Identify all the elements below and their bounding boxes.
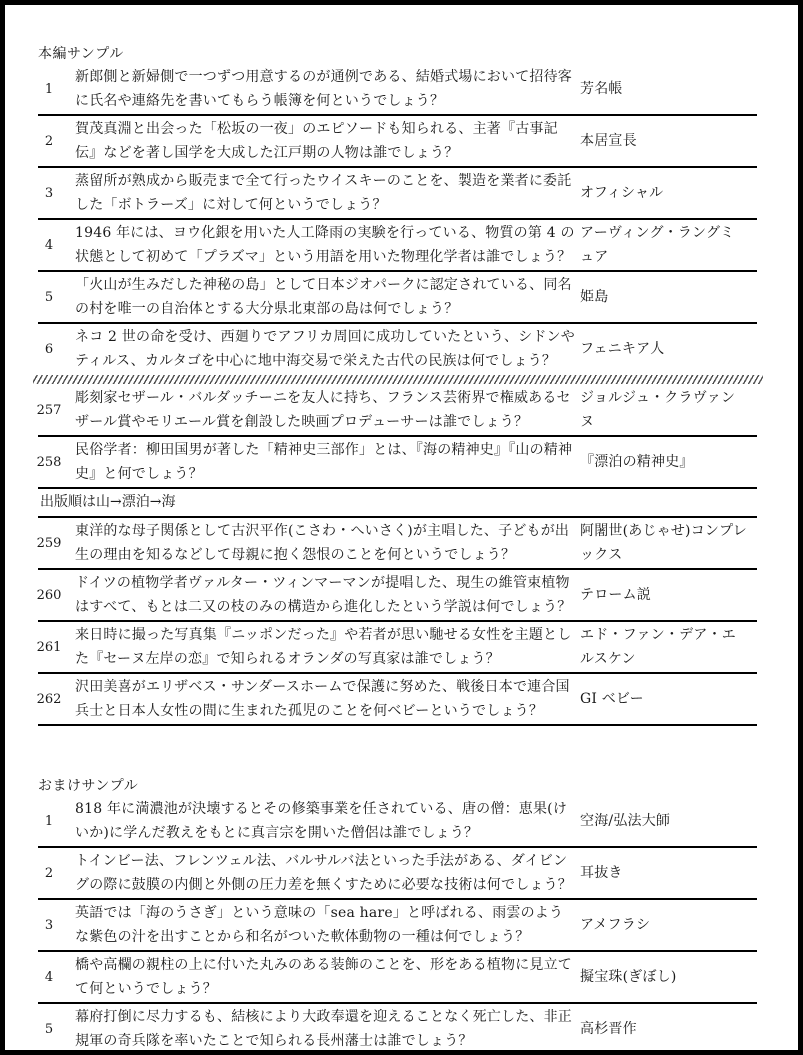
answer-text: 芳名帳 [578, 64, 757, 114]
bonus-quiz-table: 1 818 年に満濃池が決壊するとその修築事業を任されている、唐の僧：恵果(けい… [38, 796, 757, 1055]
quiz-row: 259 東洋的な母子関係として古沢平作(こさわ・へいさく)が主唱した、子どもが出… [38, 518, 757, 570]
answer-text: 空海/弘法大師 [578, 796, 757, 846]
answer-text: フェニキア人 [578, 324, 757, 374]
answer-text: 本居宣長 [578, 116, 757, 166]
question-text: 彫刻家セザール・バルダッチーニを友人に持ち、フランス芸術界で権威あるセザール賞や… [60, 385, 578, 435]
quiz-row: 5 「火山が生みだした神秘の島」として日本ジオパークに認定されている、同名の村を… [38, 272, 757, 324]
note-row: 出版順は山→漂泊→海 [38, 489, 757, 518]
answer-text: アーヴィング・ラングミュア [578, 220, 757, 270]
question-text: 幕府打倒に尽力するも、結核により大政奉還を迎えることなく死亡した、非正規軍の奇兵… [60, 1004, 578, 1054]
quiz-row: 4 1946 年には、ヨウ化銀を用いた人工降雨の実験を行っている、物質の第 4 … [38, 220, 757, 272]
question-number: 5 [38, 1004, 60, 1054]
question-number: 2 [38, 848, 60, 898]
question-number: 6 [38, 324, 60, 374]
answer-text: オフィシャル [578, 168, 757, 218]
document-page: 本編サンプル 1 新郎側と新婦側で一つずつ用意するのが通例である、結婚式場におい… [0, 0, 803, 1055]
question-text: 東洋的な母子関係として古沢平作(こさわ・へいさく)が主唱した、子どもが出生の理由… [60, 518, 578, 568]
quiz-row: 3 英語では「海のうさぎ」という意味の「sea hare」と呼ばれる、雨雲のよう… [38, 900, 757, 952]
answer-text: エド・ファン・デア・エルスケン [578, 622, 757, 672]
main-quiz-table: 1 新郎側と新婦側で一つずつ用意するのが通例である、結婚式場において招待客に氏名… [38, 64, 757, 726]
question-text: 民俗学者：柳田国男が著した「精神史三部作」とは、『海の精神史』『山の精神史』と何… [60, 437, 578, 487]
question-text: 1946 年には、ヨウ化銀を用いた人工降雨の実験を行っている、物質の第 4 の状… [60, 220, 578, 270]
answer-text: 阿闍世(あじゃせ)コンプレックス [578, 518, 757, 568]
answer-text: ジョルジュ・クラヴァンヌ [578, 385, 757, 435]
answer-text: 耳抜き [578, 848, 757, 898]
question-number: 260 [38, 570, 60, 620]
question-number: 257 [38, 385, 60, 435]
question-text: 818 年に満濃池が決壊するとその修築事業を任されている、唐の僧：恵果(けいか)… [60, 796, 578, 846]
quiz-row: 3 蒸留所が熟成から販売まで全て行ったウイスキーのことを、製造を業者に委託した「… [38, 168, 757, 220]
quiz-row: 261 来日時に撮った写真集『ニッポンだった』や若者が思い馳せる女性を主題とした… [38, 622, 757, 674]
question-text: 英語では「海のうさぎ」という意味の「sea hare」と呼ばれる、雨雲のような紫… [60, 900, 578, 950]
question-number: 3 [38, 900, 60, 950]
quiz-row: 6 ネコ 2 世の命を受け、西廻りでアフリカ周回に成功していたという、シドンやテ… [38, 324, 757, 374]
quiz-row: 5 幕府打倒に尽力するも、結核により大政奉還を迎えることなく死亡した、非正規軍の… [38, 1004, 757, 1055]
quiz-row: 2 トインビー法、フレンツェル法、バルサルバ法といった手法がある、ダイビングの際… [38, 848, 757, 900]
quiz-row: 260 ドイツの植物学者ヴァルター・ツィンマーマンが提唱した、現生の維管束植物は… [38, 570, 757, 622]
question-number: 4 [38, 220, 60, 270]
quiz-row: 4 橋や高欄の親柱の上に付いた丸みのある装飾のことを、形をある植物に見立てて何と… [38, 952, 757, 1004]
answer-text: 『漂泊の精神史』 [578, 437, 757, 487]
quiz-row: 262 沢田美喜がエリザベス・サンダースホームで保護に努めた、戦後日本で連合国兵… [38, 674, 757, 726]
quiz-row: 258 民俗学者：柳田国男が著した「精神史三部作」とは、『海の精神史』『山の精神… [38, 437, 757, 489]
section-title-main: 本編サンプル [38, 46, 762, 62]
section-title-bonus: おまけサンプル [38, 778, 762, 794]
question-number: 2 [38, 116, 60, 166]
question-number: 3 [38, 168, 60, 218]
answer-text: GI ベビー [578, 674, 757, 724]
question-text: ドイツの植物学者ヴァルター・ツィンマーマンが提唱した、現生の維管束植物はすべて、… [60, 570, 578, 620]
question-text: 蒸留所が熟成から販売まで全て行ったウイスキーのことを、製造を業者に委託した「ボト… [60, 168, 578, 218]
answer-text: 姫島 [578, 272, 757, 322]
question-text: 橋や高欄の親柱の上に付いた丸みのある装飾のことを、形をある植物に見立てて何という… [60, 952, 578, 1002]
question-text: 沢田美喜がエリザベス・サンダースホームで保護に努めた、戦後日本で連合国兵士と日本… [60, 674, 578, 724]
quiz-row: 1 新郎側と新婦側で一つずつ用意するのが通例である、結婚式場において招待客に氏名… [38, 64, 757, 116]
question-text: ネコ 2 世の命を受け、西廻りでアフリカ周回に成功していたという、シドンやティル… [60, 324, 578, 374]
question-text: 「火山が生みだした神秘の島」として日本ジオパークに認定されている、同名の村を唯一… [60, 272, 578, 322]
question-text: トインビー法、フレンツェル法、バルサルバ法といった手法がある、ダイビングの際に鼓… [60, 848, 578, 898]
page-content: 本編サンプル 1 新郎側と新婦側で一つずつ用意するのが通例である、結婚式場におい… [5, 5, 798, 1055]
answer-text: テローム説 [578, 570, 757, 620]
question-text: 賀茂真淵と出会った「松坂の一夜」のエピソードも知られる、主著『古事記伝』などを著… [60, 116, 578, 166]
question-number: 259 [38, 518, 60, 568]
question-number: 1 [38, 796, 60, 846]
question-text: 来日時に撮った写真集『ニッポンだった』や若者が思い馳せる女性を主題とした『セーヌ… [60, 622, 578, 672]
question-text: 新郎側と新婦側で一つずつ用意するのが通例である、結婚式場において招待客に氏名や連… [60, 64, 578, 114]
quiz-row: 2 賀茂真淵と出会った「松坂の一夜」のエピソードも知られる、主著『古事記伝』など… [38, 116, 757, 168]
question-number: 258 [38, 437, 60, 487]
answer-text: 高杉晋作 [578, 1004, 757, 1054]
quiz-row: 1 818 年に満濃池が決壊するとその修築事業を任されている、唐の僧：恵果(けい… [38, 796, 757, 848]
question-number: 262 [38, 674, 60, 724]
row-skip-hatch-icon [33, 375, 763, 384]
question-number: 261 [38, 622, 60, 672]
question-number: 5 [38, 272, 60, 322]
question-number: 4 [38, 952, 60, 1002]
question-number: 1 [38, 64, 60, 114]
quiz-row: 257 彫刻家セザール・バルダッチーニを友人に持ち、フランス芸術界で権威あるセザ… [38, 385, 757, 437]
answer-text: 擬宝珠(ぎぼし) [578, 952, 757, 1002]
answer-text: アメフラシ [578, 900, 757, 950]
